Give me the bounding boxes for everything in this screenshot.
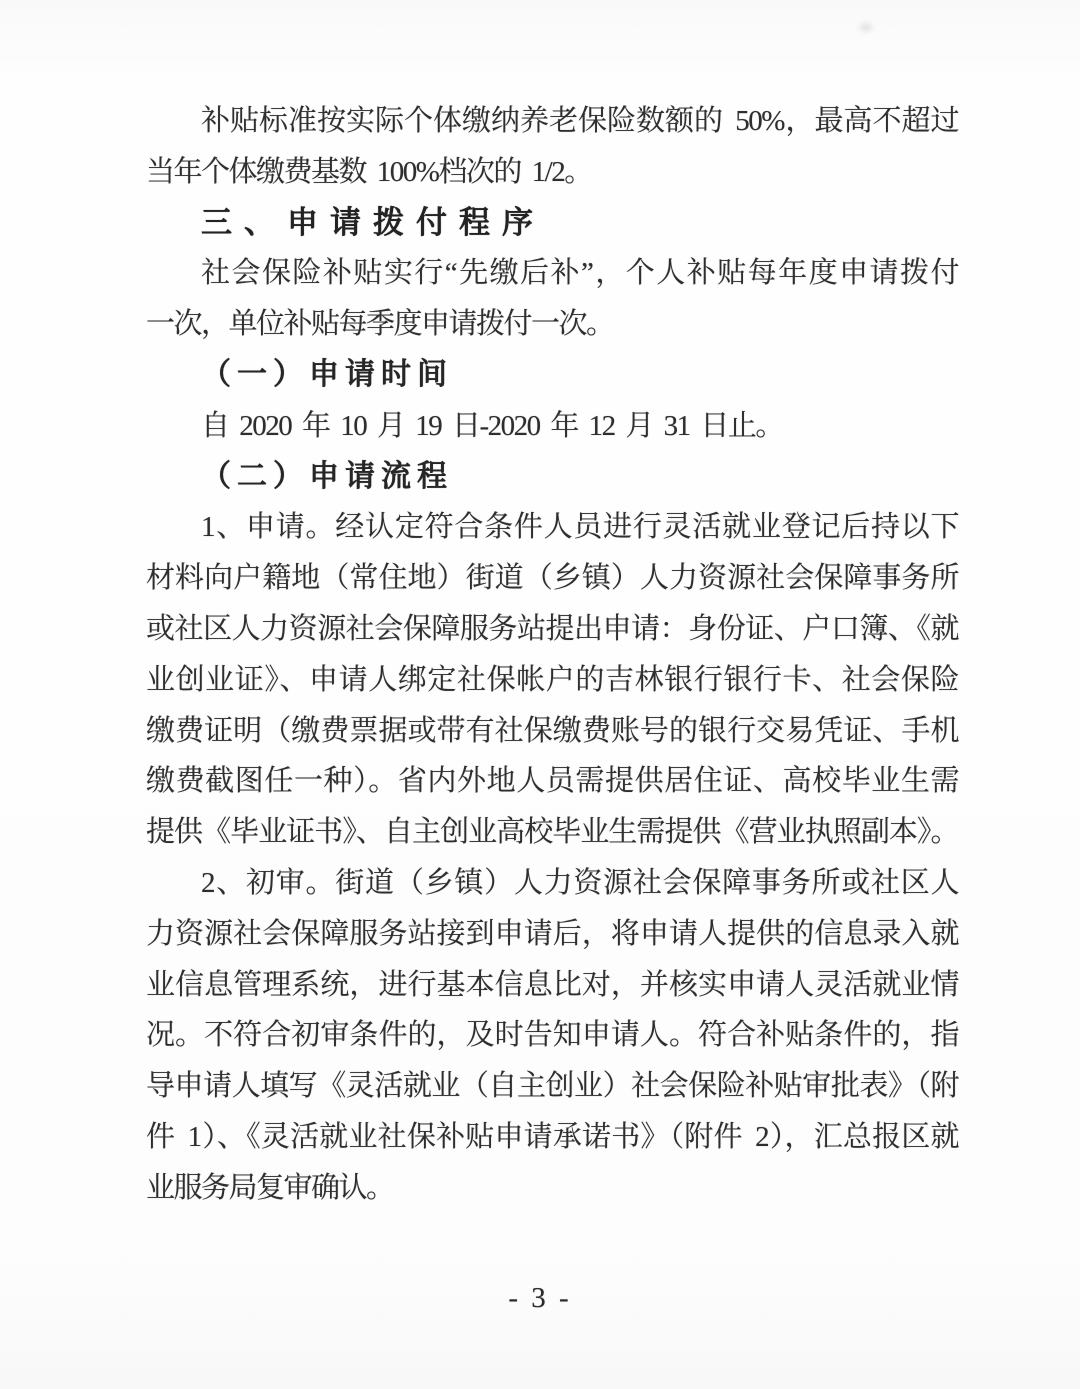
text-line: 社会保险补贴实行“先缴后补”，个人补贴每年度申请拨付 [146, 248, 958, 299]
text-line: 件 1）、《灵活就业社保补贴申请承诺书》（附件 2），汇总报区就 [146, 1112, 958, 1163]
heading-line: 三、申请拨付程序 [146, 198, 958, 249]
text-line: 一次，单位补贴每季度申请拨付一次。 [146, 299, 958, 350]
text-line: 自 2020 年 10 月 19 日-2020 年 12 月 31 日止。 [146, 401, 958, 452]
text-line: 提供《毕业证书》、自主创业高校毕业生需提供《营业执照副本》。 [146, 807, 958, 858]
scan-artifact [860, 24, 872, 31]
text-line: 补贴标准按实际个体缴纳养老保险数额的 50%，最高不超过 [146, 96, 958, 147]
text-line: 1、申请。经认定符合条件人员进行灵活就业登记后持以下 [146, 502, 958, 553]
text-line: 力资源社会保障服务站接到申请后，将申请人提供的信息录入就 [146, 909, 958, 960]
text-line: 业信息管理系统，进行基本信息比对，并核实申请人灵活就业情 [146, 960, 958, 1011]
text-line: 材料向户籍地（常住地）街道（乡镇）人力资源社会保障事务所 [146, 553, 958, 604]
page-number: - 3 - [0, 1282, 1080, 1315]
text-line: 或社区人力资源社会保障服务站提出申请：身份证、户口簿、《就 [146, 604, 958, 655]
text-line: 2、初审。街道（乡镇）人力资源社会保障事务所或社区人 [146, 858, 958, 909]
text-line: 当年个体缴费基数 100%档次的 1/2。 [146, 147, 958, 198]
document-body: 补贴标准按实际个体缴纳养老保险数额的 50%，最高不超过当年个体缴费基数 100… [146, 96, 958, 1214]
text-line: 导申请人填写《灵活就业（自主创业）社会保险补贴审批表》（附 [146, 1061, 958, 1112]
text-line: 业创业证》、申请人绑定社保帐户的吉林银行银行卡、社会保险 [146, 655, 958, 706]
text-line: 况。不符合初审条件的，及时告知申请人。符合补贴条件的，指 [146, 1010, 958, 1061]
text-line: 缴费证明（缴费票据或带有社保缴费账号的银行交易凭证、手机 [146, 706, 958, 757]
heading-line: （一）申请时间 [146, 350, 958, 401]
heading-line: （二）申请流程 [146, 452, 958, 503]
text-line: 缴费截图任一种）。省内外地人员需提供居住证、高校毕业生需 [146, 756, 958, 807]
text-line: 业服务局复审确认。 [146, 1163, 958, 1214]
document-page: 补贴标准按实际个体缴纳养老保险数额的 50%，最高不超过当年个体缴费基数 100… [0, 0, 1080, 1389]
